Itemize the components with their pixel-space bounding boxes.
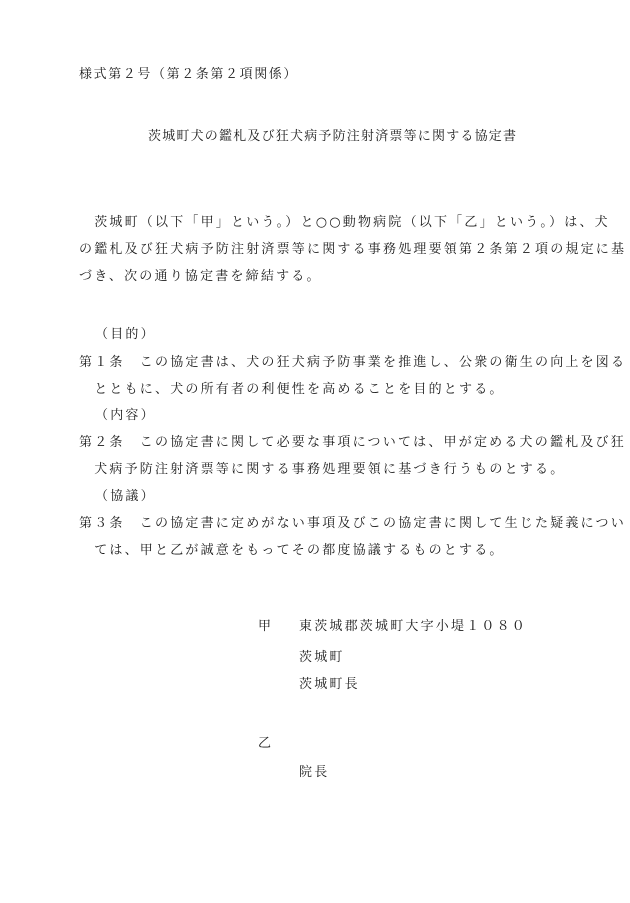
party-b-title: 院長 xyxy=(299,765,329,781)
preamble-line: の鑑札及び狂犬病予防注射済票等に関する事務処理要領第２条第２項の規定に基 xyxy=(79,242,626,258)
article-line: ては、甲と乙が誠意をもってその都度協議するものとする。 xyxy=(79,543,505,559)
preamble-line: づき、次の通り協定書を締結する。 xyxy=(79,269,322,285)
article-line: 第２条 この協定書に関して必要な事項については、甲が定める犬の鑑札及び狂 xyxy=(79,435,626,451)
article-line: 第３条 この協定書に定めがない事項及びこの協定書に関して生じた疑義につい xyxy=(79,516,626,532)
party-a-address: 東茨城郡茨城町大字小堤１０８０ xyxy=(299,619,527,635)
preamble-line: 茨城町（以下「甲」という。）と○○動物病院（以下「乙」という。）は、犬 xyxy=(79,215,610,231)
article-caption: （内容） xyxy=(95,408,156,424)
article-caption: （協議） xyxy=(95,489,156,505)
article-line: とともに、犬の所有者の利便性を高めることを目的とする。 xyxy=(79,382,505,398)
party-a-name: 茨城町 xyxy=(299,650,345,666)
article-line: 第１条 この協定書は、犬の狂犬病予防事業を推進し、公衆の衛生の向上を図る xyxy=(79,355,626,371)
form-number: 様式第２号（第２条第２項関係） xyxy=(79,67,298,83)
document-title: 茨城町犬の鑑札及び狂犬病予防注射済票等に関する協定書 xyxy=(148,129,517,145)
article-line: 犬病予防注射済票等に関する事務処理要領に基づき行うものとする。 xyxy=(79,462,565,478)
party-a-title: 茨城町長 xyxy=(299,677,360,693)
party-a-label: 甲 xyxy=(258,619,273,635)
article-caption: （目的） xyxy=(95,327,156,343)
party-b-label: 乙 xyxy=(258,736,273,752)
